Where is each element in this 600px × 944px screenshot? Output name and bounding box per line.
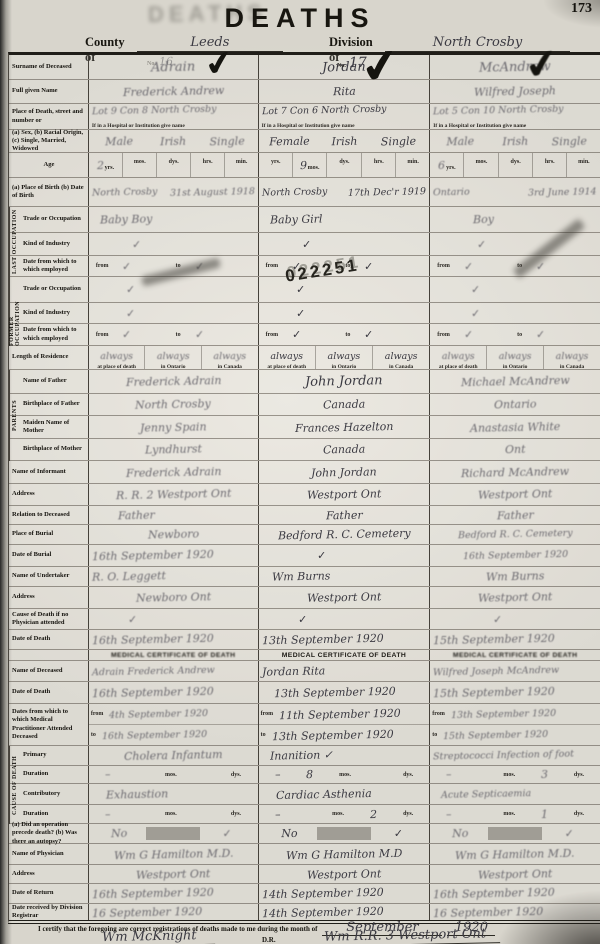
field-value: Cardiac Asthenia	[275, 786, 371, 801]
page-title: DEATHS	[0, 3, 600, 34]
hospital-note: If in a Hospital or Institution give nam…	[433, 123, 526, 129]
cell: 16th September 1920	[89, 630, 259, 649]
from-label: from	[96, 263, 109, 269]
cell: 6yrs. mos. dys. hrs. min.	[430, 153, 600, 177]
row-sex-origin-status: (a) Sex, (b) Racial Origin, (c) Single, …	[9, 130, 600, 153]
checkmark: ✓	[471, 283, 480, 296]
row-label: Date of Return	[9, 884, 89, 903]
cell: 16 September 1920	[430, 904, 600, 920]
origin-value: Irish	[316, 134, 371, 148]
field-value: Wm Burns	[271, 569, 330, 583]
row-relation: Relation to Deceased Father Father Fathe…	[9, 506, 600, 525]
row-label: Age	[9, 153, 89, 177]
field-value: Canada	[323, 443, 365, 457]
cell: No✓	[430, 824, 600, 843]
residence-value: always	[213, 351, 246, 362]
cell: ✓	[259, 303, 431, 323]
field-value: Acute Septicaemia	[441, 788, 531, 801]
cell: 16 September 1920	[89, 904, 259, 920]
field-value: Frederick Andrew	[122, 84, 224, 99]
residence-value: always	[157, 351, 190, 362]
field-value: Cholera Infantum	[124, 748, 223, 763]
cell: from✓ to✓	[259, 324, 431, 345]
cell: 2yrs. mos. dys. hrs. min.	[89, 153, 259, 177]
cell: North Crosby 31st August 1918	[89, 178, 259, 206]
attended-from: 13th September 1920	[451, 707, 556, 720]
birth-place: Ontario	[433, 186, 470, 198]
sex-value: Male	[92, 134, 146, 148]
residence-unit: at place of death	[259, 364, 315, 370]
field-value: John Jordan	[305, 373, 383, 390]
field-value: Inanition ✓	[269, 748, 332, 762]
registrar-signature: Wm McKnight	[98, 928, 215, 944]
residence-unit: in Canada	[544, 364, 600, 370]
cell: Frederick Andrew	[89, 80, 259, 103]
hospital-note: If in a Hospital or Institution give nam…	[262, 123, 355, 129]
row-label: (a) Place of Birth (b) Date of Birth	[9, 178, 89, 206]
row-label: Kind of Industry	[20, 303, 89, 323]
field-value: Wm G Hamilton M.D.	[455, 846, 575, 861]
field-value: Westport Ont	[307, 590, 382, 605]
row-physician: Name of Physician Wm G Hamilton M.D. Wm …	[9, 844, 600, 865]
field-value: Westport Ont	[478, 487, 553, 502]
hospital-note: If in a Hospital or Institution give nam…	[92, 123, 185, 129]
duration-dys: 2	[370, 807, 377, 820]
row-cause-no-physician: Cause of Death if no Physician attended …	[9, 609, 600, 630]
age-unit: mos.	[476, 159, 488, 165]
unit-label: dys.	[231, 811, 241, 817]
cell: Frances Hazelton	[259, 416, 431, 438]
cell: Ontario	[430, 394, 600, 415]
unit-label: mos.	[503, 811, 515, 817]
section-title: MEDICAL CERTIFICATE OF DEATH	[92, 652, 255, 659]
field-value: Lot 7 Con 6 North Crosby	[261, 104, 386, 117]
row-label: Maiden Name of Mother	[20, 416, 89, 438]
row-label: Name of Physician	[9, 844, 89, 864]
row-label: Birthplace of Mother	[20, 439, 89, 460]
status-value: Single	[200, 134, 254, 148]
row-physician-address: Address Westport Ont Westport Ont Westpo…	[9, 865, 600, 884]
cell: Westport Ont	[430, 484, 600, 505]
field-value: Exhaustion	[106, 787, 169, 801]
cell: Westport Ont	[259, 587, 431, 608]
row-industry-former: Kind of Industry ✓ ✓ ✓	[9, 303, 600, 324]
field-value: Frederick Adrain	[125, 465, 221, 480]
residence-value: always	[442, 351, 475, 362]
field-value: 16th September 1920	[433, 886, 555, 902]
cell: 16th September 1920	[89, 884, 259, 903]
field-value: Bedford R. C. Cemetery	[458, 528, 573, 541]
field-value: Westport Ont	[478, 590, 553, 605]
group-label-cause-of-death: CAUSE OF DEATH	[9, 746, 20, 824]
cell: Wilfred Joseph	[430, 80, 600, 103]
cell: 13th September 1920	[259, 630, 431, 649]
checkmark: ✓	[292, 328, 301, 341]
cell: Father	[89, 506, 259, 524]
cell: from4th September 1920 to16th September …	[89, 704, 259, 745]
row-label: Duration	[20, 805, 89, 823]
row-label: Primary	[20, 746, 89, 765]
residence-unit: at place of death	[89, 364, 145, 370]
residence-unit: in Ontario	[316, 364, 372, 370]
cell: Frederick Adrain	[89, 370, 259, 393]
cell: Canada	[259, 439, 431, 460]
cell: R. R. 2 Westport Ont	[89, 484, 259, 505]
cell: alwaysat place of death alwaysin Ontario…	[89, 346, 259, 369]
row-label: Cause of Death if no Physician attended	[9, 609, 89, 629]
cell: Inanition ✓	[259, 746, 431, 765]
cell: Ont	[430, 439, 600, 460]
age-yrs: 2	[96, 159, 103, 172]
to-label: to	[432, 732, 437, 738]
cell: 15th September 1920	[430, 682, 600, 703]
checkmark: ✓	[471, 306, 480, 319]
cell: Newboro Ont	[89, 587, 259, 608]
checkmark: ✓	[464, 259, 473, 272]
cell: MEDICAL CERTIFICATE OF DEATH	[89, 650, 259, 660]
field-value: Bedford R. C. Cemetery	[277, 527, 410, 543]
cell: Canada	[259, 394, 431, 415]
field-value: Father	[118, 508, 155, 522]
cell: alwaysat place of death alwaysin Ontario…	[259, 346, 431, 369]
operation-answer: No	[92, 826, 146, 840]
cell: Westport Ont	[89, 865, 259, 883]
cell: 14th September 1920	[259, 904, 431, 920]
checkmark: ✓	[122, 259, 131, 272]
cell: 13th September 1920	[259, 682, 431, 703]
status-value: Single	[371, 134, 426, 148]
cell: ✓	[259, 233, 431, 255]
row-date-of-death: Date of Death 16th September 1920 13th S…	[9, 630, 600, 650]
cell: Father	[430, 506, 600, 524]
age-unit: mos.	[134, 159, 146, 165]
field-value: 16 September 1920	[92, 904, 202, 919]
to-label: to	[261, 732, 266, 738]
cell: Westport Ont	[430, 865, 600, 883]
row-label: Dates from which to which Medical Practi…	[9, 704, 89, 745]
cell: Jenny Spain	[89, 416, 259, 438]
field-value: Lot 9 Con 8 North Crosby	[92, 104, 217, 117]
field-value: Wilfred Joseph McAndrew	[433, 664, 559, 678]
cell: North Crosby 17th Dec'r 1919	[259, 178, 431, 206]
checkmark: ✓	[126, 306, 135, 319]
from-label: from	[437, 263, 450, 269]
row-label: Date from which to which employed	[20, 324, 89, 345]
field-value: Adrain Frederick Andrew	[92, 664, 215, 678]
field-value: Canada	[323, 398, 365, 412]
unit-label: dys.	[574, 772, 584, 778]
row-burial-place: Place of Burial Newboro Bedford R. C. Ce…	[9, 525, 600, 545]
cell: yrs. 9mos. dys. hrs. min.	[259, 153, 431, 177]
cell: ✓	[89, 233, 259, 255]
sex-value: Female	[261, 134, 316, 148]
age-unit: dys.	[339, 159, 349, 165]
cell: Wm G Hamilton M.D.	[430, 844, 600, 864]
row-label: Name of Deceased	[9, 661, 89, 681]
operation-answer: No	[261, 826, 316, 840]
field-value: Lot 5 Con 10 North Crosby	[433, 104, 564, 117]
field-value: R. R. 2 Westport Ont	[115, 487, 231, 502]
cell: Baby Boy	[89, 207, 259, 232]
residence-unit: at place of death	[430, 364, 486, 370]
to-label: to	[517, 332, 522, 338]
row-label: Address	[9, 587, 89, 608]
cell: McAndrew	[430, 55, 600, 79]
cell: Wm Burns	[259, 567, 431, 586]
cell: Anastasia White	[430, 416, 600, 438]
cell: Lyndhurst	[89, 439, 259, 460]
death-register-table: No. 16 No. 17 ✔ ✔ ✔ 022251 LAST OCCUPATI…	[8, 52, 600, 924]
cell: Westport Ont	[259, 484, 431, 505]
duration-dys: 3	[541, 768, 548, 781]
field-value: Michael McAndrew	[461, 374, 570, 389]
division-value: North Crosby	[433, 35, 522, 50]
no-label: No.	[337, 63, 346, 69]
autopsy-answer: ✓	[371, 826, 426, 840]
cell: from✓ to✓	[89, 324, 259, 345]
cell: MEDICAL CERTIFICATE OF DEATH	[430, 650, 600, 660]
from-label: from	[432, 711, 445, 717]
checkmark: ✓	[126, 283, 135, 296]
cell: Rita	[259, 80, 431, 103]
row-informant-address: Address R. R. 2 Westport Ont Westport On…	[9, 484, 600, 506]
field-value: 16th September 1920	[92, 632, 214, 648]
row-label: Full given Name	[9, 80, 89, 103]
from-label: from	[91, 711, 104, 717]
field-value: Streptococci Infection of foot	[433, 749, 574, 763]
row-birth: (a) Place of Birth (b) Date of Birth Nor…	[9, 178, 600, 207]
field-value: Anastasia White	[470, 420, 561, 435]
row-label: (a) Sex, (b) Racial Origin, (c) Single, …	[9, 130, 89, 152]
duration-dys: 1	[541, 807, 548, 820]
unit-label: mos.	[165, 772, 177, 778]
row-undertaker: Name of Undertaker R. O. Leggett Wm Burn…	[9, 567, 600, 587]
checkmark: ✓	[364, 328, 373, 341]
cell: Acute Septicaemia	[430, 784, 600, 804]
age-unit: min.	[578, 159, 590, 165]
row-date-of-return: Date of Return 16th September 1920 14th …	[9, 884, 600, 904]
unit-label: mos.	[503, 772, 515, 778]
cell: from✓ to✓	[430, 324, 600, 345]
cell: from13th September 1920 to15th September…	[430, 704, 600, 745]
from-label: from	[266, 263, 279, 269]
duration-mos: 8	[306, 768, 313, 781]
cell: Cholera Infantum	[89, 746, 259, 765]
row-date-received: Date received by Division Registrar 16 S…	[9, 904, 600, 920]
field-value: 16th September 1920	[92, 548, 214, 564]
cell: Frederick Adrain	[89, 461, 259, 483]
cell: 15th September 1920	[430, 630, 600, 649]
field-value: Frances Hazelton	[295, 419, 394, 434]
from-label: from	[266, 332, 279, 338]
unit-label: dys.	[574, 811, 584, 817]
age-unit: yrs.	[105, 165, 115, 171]
row-label: Place of Death, street and number or	[9, 104, 89, 129]
cell: Baby Girl	[259, 207, 431, 232]
cell: Male Irish Single	[89, 130, 259, 152]
field-value: Frederick Adrain	[125, 374, 221, 389]
field-value: Baby Boy	[100, 212, 153, 226]
cell: Michael McAndrew	[430, 370, 600, 393]
field-value: Rita	[332, 85, 355, 98]
from-label: from	[96, 332, 109, 338]
age-unit: dys.	[511, 159, 521, 165]
field-value: John Jordan	[311, 465, 377, 479]
checkmark: ✓	[536, 328, 545, 341]
cell: Male Irish Single	[430, 130, 600, 152]
field-value: R. O. Leggett	[92, 569, 166, 584]
field-value: Westport Ont	[478, 867, 553, 882]
row-label: Date of Death	[9, 682, 89, 703]
age-unit: yrs.	[446, 165, 456, 171]
cell: ✓	[89, 609, 259, 629]
cell: –mos.1dys.	[430, 805, 600, 823]
residence-value: always	[556, 351, 589, 362]
origin-value: Irish	[146, 134, 200, 148]
cell: Lot 9 Con 8 North Crosby If in a Hospita…	[89, 104, 259, 129]
attended-from: 11th September 1920	[279, 706, 401, 722]
checkmark: ✓	[493, 612, 502, 625]
row-mother-maiden-name: Maiden Name of Mother Jenny Spain France…	[9, 416, 600, 439]
cell: Wm G Hamilton M.D	[259, 844, 431, 864]
row-industry-last: Kind of Industry ✓ ✓ ✓	[9, 233, 600, 256]
checkmark: ✓	[316, 549, 325, 562]
cell: –8mos.dys.	[259, 766, 431, 783]
no-value: 16	[159, 55, 173, 68]
cell: John Jordan	[259, 370, 431, 393]
row-burial-date: Date of Burial 16th September 1920 ✓ 16t…	[9, 545, 600, 567]
cell: Female Irish Single	[259, 130, 431, 152]
field-value: Wm Burns	[486, 569, 545, 583]
birth-date: 17th Dec'r 1919	[348, 186, 426, 199]
cell: John Jordan	[259, 461, 431, 483]
row-age: Age 2yrs. mos. dys. hrs. min. yrs. 9mos.…	[9, 153, 600, 178]
origin-value: Irish	[488, 134, 543, 148]
unit-label: dys.	[403, 772, 413, 778]
field-value: 16 September 1920	[433, 904, 543, 919]
row-label: (a) Did an operation precede death? (b) …	[9, 824, 89, 843]
row-medical-certificate-band: MEDICAL CERTIFICATE OF DEATH MEDICAL CER…	[9, 650, 600, 661]
cell: Adrain Frederick Andrew	[89, 661, 259, 681]
cell: Lot 7 Con 6 North Crosby If in a Hospita…	[259, 104, 431, 129]
field-value: Wm G Hamilton M.D	[286, 846, 403, 861]
field-value: North Crosby	[135, 397, 211, 412]
cell: 16th September 1920	[89, 682, 259, 703]
cell: Wilfred Joseph McAndrew	[430, 661, 600, 681]
to-label: to	[176, 332, 181, 338]
cell: ✓	[89, 277, 259, 302]
row-surname: Surname of Deceased Adrain Jordan McAndr…	[9, 55, 600, 80]
group-label-parents: PARENTS	[9, 370, 20, 461]
cell: ✓	[430, 303, 600, 323]
row-label: Kind of Industry	[20, 233, 89, 255]
birth-place: North Crosby	[92, 186, 158, 198]
attended-to: 13th September 1920	[271, 727, 393, 743]
field-value: 14th September 1920	[261, 904, 383, 920]
section-title: MEDICAL CERTIFICATE OF DEATH	[262, 652, 427, 659]
field-value: Boy	[473, 213, 494, 226]
cell: Exhaustion	[89, 784, 259, 804]
group-label-former-occupation: FORMER OCCUPATION	[9, 277, 20, 346]
checkmark: ✓	[132, 237, 141, 250]
row-cause-contributory: Contributory Exhaustion Cardiac Asthenia…	[9, 784, 600, 805]
residence-unit: in Ontario	[145, 364, 201, 370]
field-value: Westport Ont	[307, 487, 382, 502]
row-label: Date of Death	[9, 630, 89, 649]
row-given-name: Full given Name Frederick Andrew Rita Wi…	[9, 80, 600, 104]
field-value: 14th September 1920	[261, 886, 383, 902]
cell: R. O. Leggett	[89, 567, 259, 586]
residence-value: always	[270, 351, 303, 362]
age-unit: hrs.	[545, 159, 555, 165]
entry-number-col1: No. 16	[147, 55, 173, 68]
field-value: Jenny Spain	[140, 420, 207, 434]
row-label: Name of Informant	[9, 461, 89, 483]
checkmark: ✓	[297, 612, 306, 625]
checkmark: ✓	[295, 306, 304, 319]
attended-to: 15th September 1920	[443, 728, 548, 741]
row-cause-duration-contributory: Duration –mos.dys. –mos.2dys. –mos.1dys.	[9, 805, 600, 824]
row-mother-birthplace: Birthplace of Mother Lyndhurst Canada On…	[9, 439, 600, 461]
no-label: No.	[147, 61, 156, 67]
field-value: Newboro Ont	[136, 590, 211, 605]
cell: ✓	[259, 545, 431, 566]
field-value: 13th September 1920	[273, 685, 395, 701]
autopsy-answer: ✓	[200, 826, 254, 840]
dr-label: D.R.	[262, 936, 276, 944]
row-trade-last: Trade or Occupation Baby Boy Baby Girl B…	[9, 207, 600, 233]
row-father: Name of Father Frederick Adrain John Jor…	[9, 370, 600, 394]
cell: Wm G Hamilton M.D.	[89, 844, 259, 864]
field-value: Richard McAndrew	[461, 464, 569, 479]
row-label: Name of Father	[20, 370, 89, 393]
residence-value: always	[100, 351, 133, 362]
cell: Bedford R. C. Cemetery	[430, 525, 600, 544]
field-value: 16th September 1920	[462, 549, 567, 562]
birth-date: 3rd June 1914	[528, 186, 597, 198]
birth-place: North Crosby	[261, 186, 327, 198]
residence-value: always	[499, 351, 532, 362]
row-mc-name: Name of Deceased Adrain Frederick Andrew…	[9, 661, 600, 682]
field-value: Westport Ont	[307, 867, 382, 882]
cell: Westport Ont	[259, 865, 431, 883]
cell: 16th September 1920	[89, 545, 259, 566]
autopsy-answer: ✓	[542, 826, 597, 840]
cell: ✓	[259, 609, 431, 629]
checkmark: ✓	[195, 328, 204, 341]
sex-value: Male	[433, 134, 488, 148]
row-father-birthplace: Birthplace of Father North Crosby Canada…	[9, 394, 600, 416]
age-unit: yrs.	[271, 159, 281, 165]
status-value: Single	[542, 134, 597, 148]
row-label: Surname of Deceased	[9, 55, 89, 79]
row-mc-attended-dates: Dates from which to which Medical Practi…	[9, 704, 600, 746]
cell: No✓	[259, 824, 431, 843]
residence-unit: in Ontario	[487, 364, 543, 370]
field-value: Westport Ont	[136, 867, 211, 882]
row-label: Address	[9, 865, 89, 883]
field-value: Jordan Rita	[261, 664, 325, 678]
unit-label: mos.	[332, 811, 344, 817]
row-label: Length of Residence	[9, 346, 89, 369]
row-label: Trade or Occupation	[20, 277, 89, 302]
cell: –mos.dys.	[89, 766, 259, 783]
field-value: 16th September 1920	[92, 886, 214, 902]
field-value: Ont	[505, 443, 526, 456]
row-label: Place of Burial	[9, 525, 89, 544]
cell: from11th September 1920 to13th September…	[259, 704, 431, 745]
cell: No✓	[89, 824, 259, 843]
